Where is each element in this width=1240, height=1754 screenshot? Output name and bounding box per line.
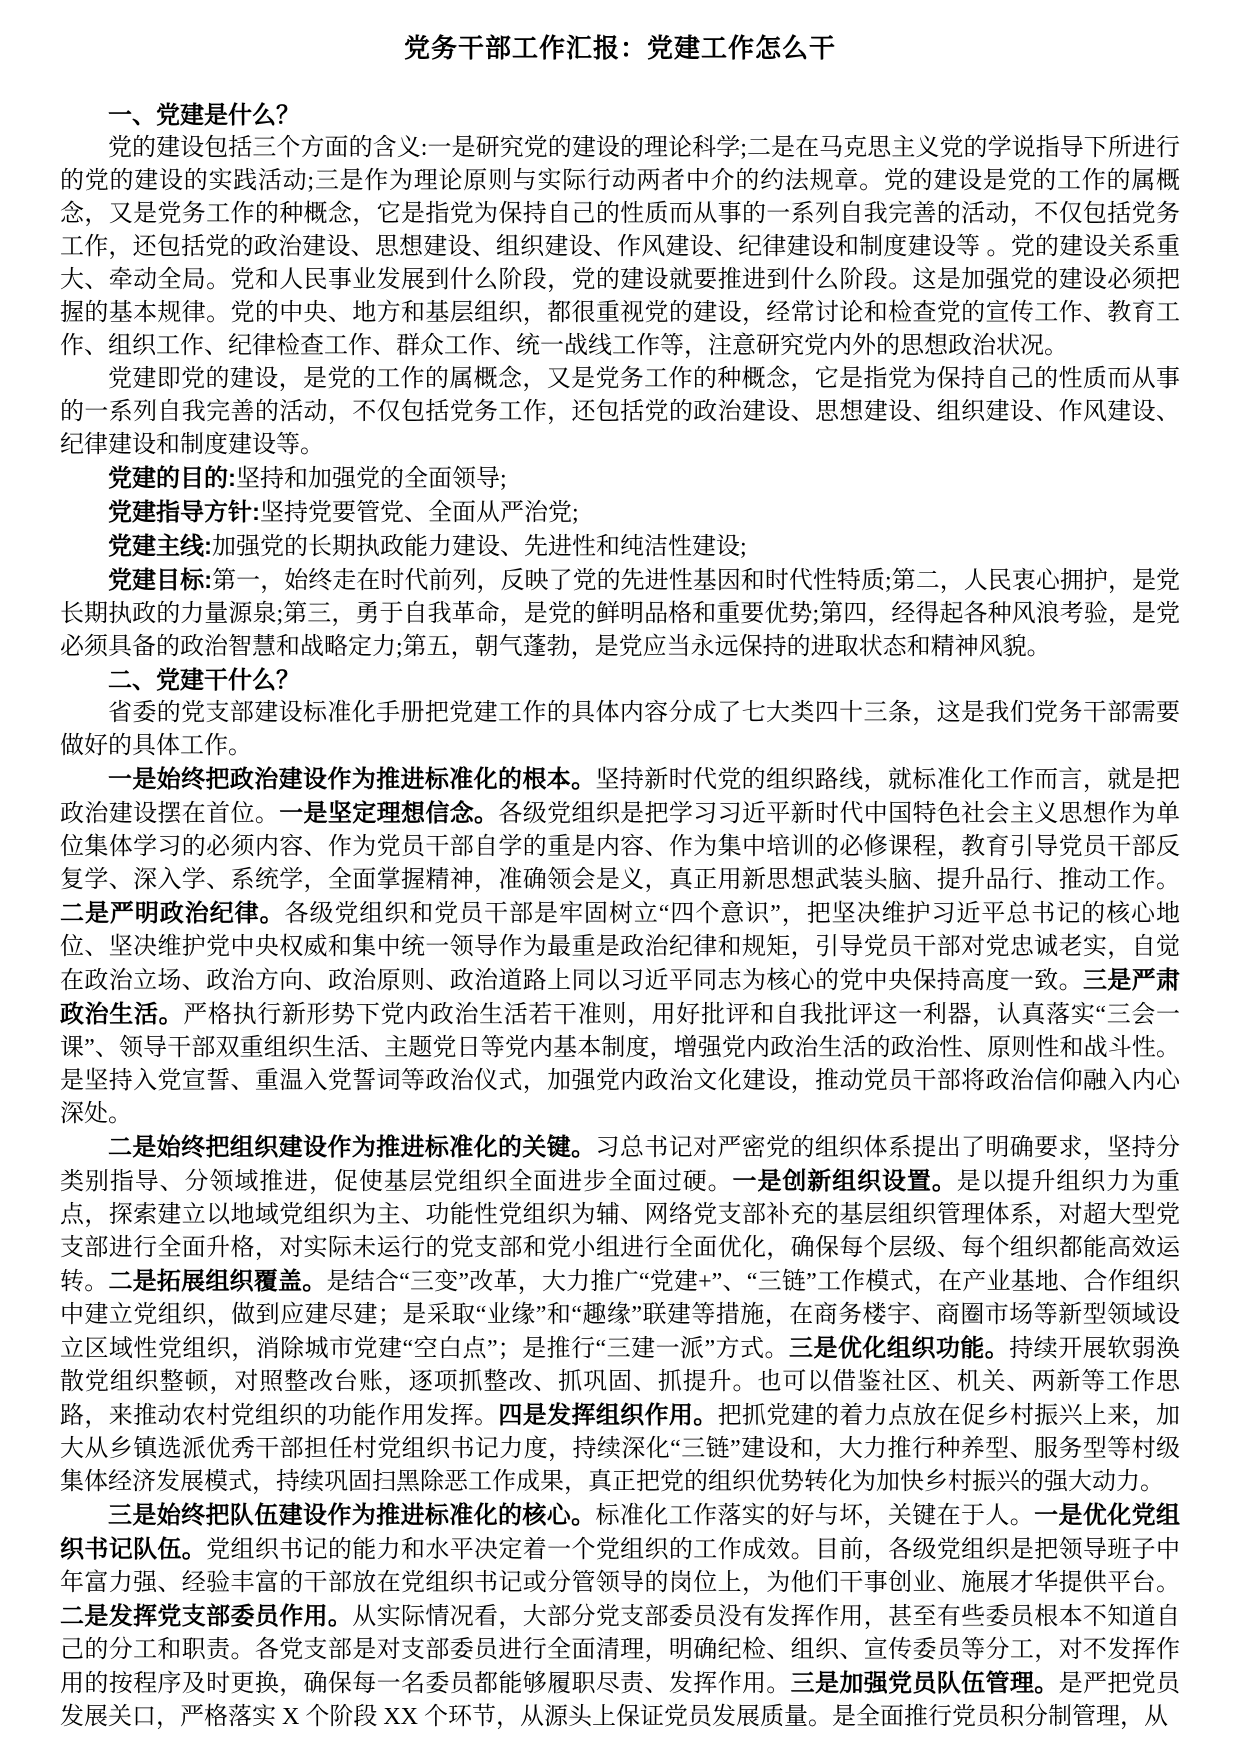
text-run: 标准化工作落实的好与坏，关键在于人。 xyxy=(595,1503,1034,1529)
bold-run: 三是加强党员队伍管理。 xyxy=(791,1670,1059,1697)
text-run: 严格执行新形势下党内政治生活若干准则，用好批评和自我批评这一利器，认真落实“三会… xyxy=(60,1002,1180,1127)
bold-run: 二、党建干什么？ xyxy=(108,667,300,694)
paragraph: 三是始终把队伍建设作为推进标准化的核心。标准化工作落实的好与坏，关键在于人。一是… xyxy=(60,1499,1180,1734)
paragraph: 党的建设包括三个方面的含义:一是研究党的建设的理论科学;二是在马克思主义党的学说… xyxy=(60,132,1180,363)
bold-run: 一是坚定理想信念。 xyxy=(279,800,498,827)
bold-run: 三是优化组织功能。 xyxy=(789,1335,1009,1362)
bold-run: 二是拓展组织覆盖。 xyxy=(108,1268,326,1295)
document-body: 一、党建是什么？党的建设包括三个方面的含义:一是研究党的建设的理论科学;二是在马… xyxy=(60,99,1180,1734)
paragraph: 二是始终把组织建设作为推进标准化的关键。习总书记对严密党的组织体系提出了明确要求… xyxy=(60,1131,1180,1499)
paragraph: 党建主线:加强党的长期执政能力建设、先进性和纯洁性建设; xyxy=(60,530,1180,564)
bold-run: 一是始终把政治建设作为推进标准化的根本。 xyxy=(108,766,595,793)
bold-run: 二是严明政治纪律。 xyxy=(60,900,285,927)
document-title: 党务干部工作汇报：党建工作怎么干 xyxy=(60,30,1180,66)
bold-run: 三是始终把队伍建设作为推进标准化的核心。 xyxy=(108,1502,595,1529)
bold-run: 四是发挥组织作用。 xyxy=(498,1402,717,1429)
bold-run: 党建主线: xyxy=(108,533,212,560)
text-run: 第一，始终走在时代前列，反映了党的先进性基因和时代性特质;第二，人民衷心拥护，是… xyxy=(60,568,1180,660)
section-heading: 二、党建干什么？ xyxy=(60,664,1180,697)
paragraph: 党建的目的:坚持和加强党的全面领导; xyxy=(60,462,1180,496)
bold-run: 党建目标: xyxy=(108,567,212,594)
paragraph: 党建目标:第一，始终走在时代前列，反映了党的先进性基因和时代性特质;第二，人民衷… xyxy=(60,564,1180,664)
bold-run: 二是始终把组织建设作为推进标准化的关键。 xyxy=(108,1134,595,1161)
text-run: 党建即党的建设，是党的工作的属概念，又是党务工作的种概念，它是指党为保持自己的性… xyxy=(60,366,1180,458)
paragraph: 一是始终把政治建设作为推进标准化的根本。坚持新时代党的组织路线，就标准化工作而言… xyxy=(60,763,1180,1131)
bold-run: 二是发挥党支部委员作用。 xyxy=(60,1603,352,1630)
section-heading: 一、党建是什么？ xyxy=(60,99,1180,132)
bold-run: 一是创新组织设置。 xyxy=(733,1168,957,1195)
bold-run: 党建的目的: xyxy=(108,465,236,492)
text-run: 党的建设包括三个方面的含义:一是研究党的建设的理论科学;二是在马克思主义党的学说… xyxy=(60,135,1180,359)
bold-run: 一、党建是什么？ xyxy=(108,102,300,129)
text-run: 坚持党要管党、全面从严治党; xyxy=(260,500,579,526)
text-run: 坚持和加强党的全面领导; xyxy=(236,466,507,492)
text-run: 加强党的长期执政能力建设、先进性和纯洁性建设; xyxy=(212,534,747,560)
paragraph: 党建即党的建设，是党的工作的属概念，又是党务工作的种概念，它是指党为保持自己的性… xyxy=(60,363,1180,462)
text-run: 党组织书记的能力和水平决定着一个党组织的工作成效。目前，各级党组织是把领导班子中… xyxy=(60,1537,1180,1596)
text-run: 省委的党支部建设标准化手册把党建工作的具体内容分成了七大类四十三条，这是我们党务… xyxy=(60,700,1180,759)
bold-run: 党建指导方针: xyxy=(108,499,260,526)
paragraph: 党建指导方针:坚持党要管党、全面从严治党; xyxy=(60,496,1180,530)
document-page: 党务干部工作汇报：党建工作怎么干 一、党建是什么？党的建设包括三个方面的含义:一… xyxy=(0,0,1240,1754)
paragraph: 省委的党支部建设标准化手册把党建工作的具体内容分成了七大类四十三条，这是我们党务… xyxy=(60,697,1180,763)
